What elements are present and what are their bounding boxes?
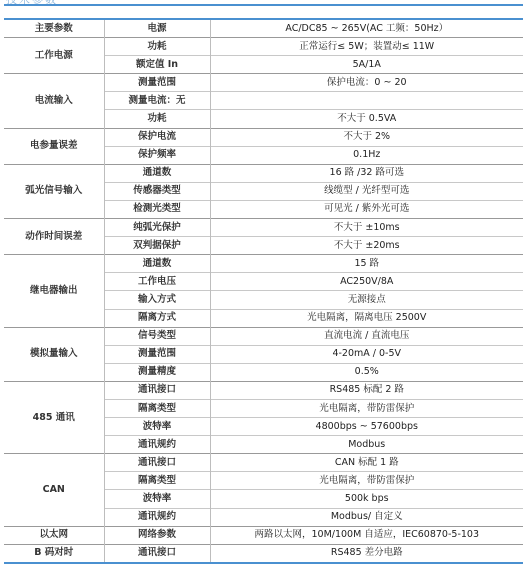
group-label: 485 通讯 <box>4 381 104 453</box>
parameter-name: 网络参数 <box>104 526 210 544</box>
parameter-value: 两路以太网，10M/100M 自适应，IEC60870-5-103 <box>210 526 523 544</box>
group-label: 电参量误差 <box>4 128 104 164</box>
table-row: 电参量误差保护电流不大于 2% <box>4 128 523 146</box>
group-label: 弧光信号输入 <box>4 164 104 218</box>
parameter-name: 波特率 <box>104 418 210 436</box>
title-divider <box>4 4 523 6</box>
parameter-value: 16 路 /32 路可选 <box>210 164 523 182</box>
table-row: 485 通讯通讯接口RS485 标配 2 路 <box>4 381 523 399</box>
parameter-value: 0.1Hz <box>210 146 523 164</box>
parameter-name: 传感器类型 <box>104 182 210 200</box>
parameter-name: 隔离方式 <box>104 309 210 327</box>
parameter-value: 不大于 2% <box>210 128 523 146</box>
parameter-name: 额定值 In <box>104 56 210 74</box>
group-label: CAN <box>4 454 104 526</box>
parameter-value: 0.5% <box>210 363 523 381</box>
parameter-value <box>210 92 523 110</box>
group-label: 工作电源 <box>4 38 104 74</box>
parameter-name: 通讯规约 <box>104 436 210 454</box>
table-row: 模拟量输入信号类型直流电流 / 直流电压 <box>4 327 523 345</box>
parameter-name: 通讯规约 <box>104 508 210 526</box>
parameter-name: 纯弧光保护 <box>104 219 210 237</box>
parameter-value: 线缆型 / 光纤型可选 <box>210 182 523 200</box>
parameter-value: 不大于 0.5VA <box>210 110 523 128</box>
parameter-value: 直流电流 / 直流电压 <box>210 327 523 345</box>
parameter-name: 隔离类型 <box>104 472 210 490</box>
parameter-name: 测量范围 <box>104 345 210 363</box>
parameter-value: 不大于 ±10ms <box>210 219 523 237</box>
parameter-name: 通讯接口 <box>104 454 210 472</box>
parameter-value: 光电隔离，带防雷保护 <box>210 472 523 490</box>
parameter-value: 可见光 / 紫外光可选 <box>210 200 523 218</box>
parameter-name: 通讯接口 <box>104 381 210 399</box>
parameter-name: 工作电压 <box>104 273 210 291</box>
parameter-value: 保护电流：0 ~ 20 <box>210 74 523 92</box>
parameter-name: 通讯接口 <box>104 544 210 563</box>
table-row: 继电器输出通道数15 路 <box>4 255 523 273</box>
parameter-value: Modbus/ 自定义 <box>210 508 523 526</box>
parameter-value: CAN 标配 1 路 <box>210 454 523 472</box>
table-row: CAN通讯接口CAN 标配 1 路 <box>4 454 523 472</box>
parameter-value: 15 路 <box>210 255 523 273</box>
parameter-name: 功耗 <box>104 38 210 56</box>
parameter-name: 测量精度 <box>104 363 210 381</box>
parameter-value: RS485 标配 2 路 <box>210 381 523 399</box>
parameter-name: 输入方式 <box>104 291 210 309</box>
table-row: 以太网网络参数两路以太网，10M/100M 自适应，IEC60870-5-103 <box>4 526 523 544</box>
spec-table-body: 主要参数电源AC/DC85 ~ 265V(AC 工频：50Hz）工作电源功耗正常… <box>4 19 523 563</box>
table-row: 动作时间误差纯弧光保护不大于 ±10ms <box>4 219 523 237</box>
parameter-value: 5A/1A <box>210 56 523 74</box>
parameter-value: AC250V/8A <box>210 273 523 291</box>
parameter-value: 无源接点 <box>210 291 523 309</box>
parameter-name: 保护频率 <box>104 146 210 164</box>
parameter-value: 4-20mA / 0-5V <box>210 345 523 363</box>
table-row: 电流输入测量范围保护电流：0 ~ 20 <box>4 74 523 92</box>
parameter-name: 检测光类型 <box>104 200 210 218</box>
parameter-value: 正常运行≤ 5W；装置动≤ 11W <box>210 38 523 56</box>
table-row: 主要参数电源AC/DC85 ~ 265V(AC 工频：50Hz） <box>4 19 523 38</box>
parameter-name: 通道数 <box>104 255 210 273</box>
parameter-value: 4800bps ~ 57600bps <box>210 418 523 436</box>
group-label: 模拟量输入 <box>4 327 104 381</box>
parameter-value: 光电隔离，带防雷保护 <box>210 399 523 417</box>
parameter-value: Modbus <box>210 436 523 454</box>
parameter-name: 功耗 <box>104 110 210 128</box>
parameter-name: 通道数 <box>104 164 210 182</box>
parameter-name: 测量范围 <box>104 74 210 92</box>
table-row: B 码对时通讯接口RS485 差分电路 <box>4 544 523 563</box>
table-row: 工作电源功耗正常运行≤ 5W；装置动≤ 11W <box>4 38 523 56</box>
parameter-value: 不大于 ±20ms <box>210 237 523 255</box>
group-label: 主要参数 <box>4 19 104 38</box>
parameter-name: 信号类型 <box>104 327 210 345</box>
parameter-name: 双判据保护 <box>104 237 210 255</box>
table-row: 弧光信号输入通道数16 路 /32 路可选 <box>4 164 523 182</box>
group-label: 动作时间误差 <box>4 219 104 255</box>
group-label: 继电器输出 <box>4 255 104 327</box>
parameter-value: RS485 差分电路 <box>210 544 523 563</box>
parameter-value: AC/DC85 ~ 265V(AC 工频：50Hz） <box>210 19 523 38</box>
group-label: 以太网 <box>4 526 104 544</box>
parameter-name: 波特率 <box>104 490 210 508</box>
group-label: B 码对时 <box>4 544 104 563</box>
parameter-name: 隔离类型 <box>104 399 210 417</box>
parameter-name: 保护电流 <box>104 128 210 146</box>
parameter-value: 500k bps <box>210 490 523 508</box>
parameter-value: 光电隔离，隔离电压 2500V <box>210 309 523 327</box>
group-label: 电流输入 <box>4 74 104 128</box>
parameter-name: 测量电流：无 <box>104 92 210 110</box>
spec-table: 主要参数电源AC/DC85 ~ 265V(AC 工频：50Hz）工作电源功耗正常… <box>4 18 523 564</box>
parameter-name: 电源 <box>104 19 210 38</box>
